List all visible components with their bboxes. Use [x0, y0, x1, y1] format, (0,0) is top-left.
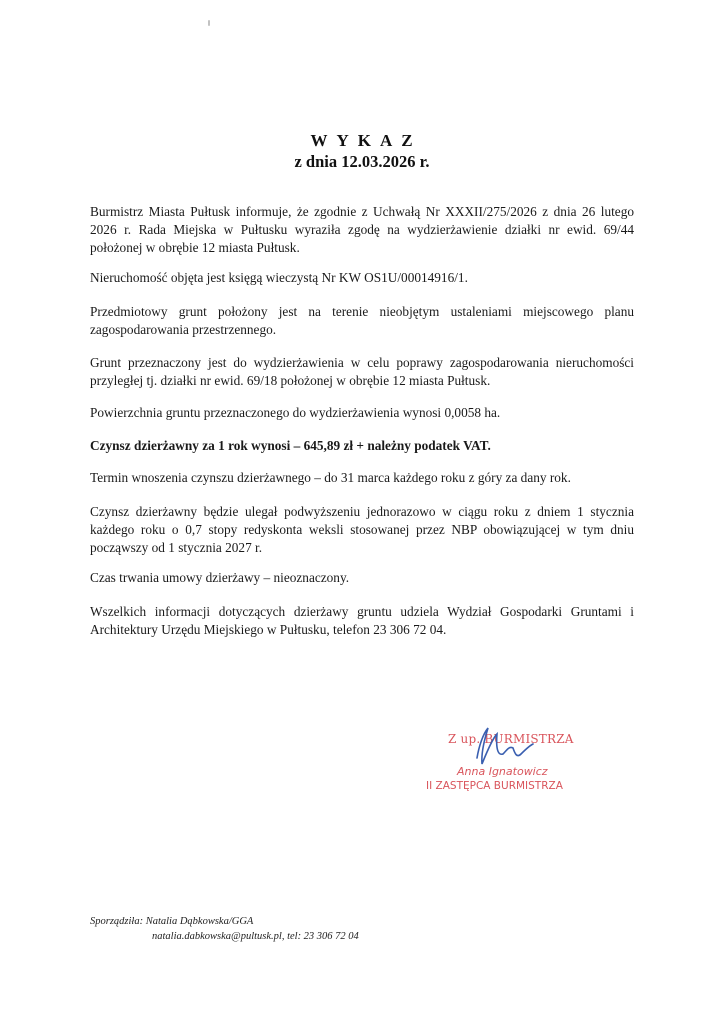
scan-speck	[208, 20, 210, 26]
paragraph-area: Powierzchnia gruntu przeznaczonego do wy…	[90, 404, 634, 422]
paragraph-lease-duration: Czas trwania umowy dzierżawy – nieoznacz…	[90, 569, 634, 587]
paragraph-payment-deadline: Termin wnoszenia czynszu dzierżawnego – …	[90, 469, 634, 487]
prepared-by: Sporządziła: Natalia Dąbkowska/GGA	[90, 914, 359, 929]
handwritten-signature	[455, 724, 575, 774]
document-page: WYKAZ z dnia 12.03.2026 r. Burmistrz Mia…	[0, 0, 724, 1024]
paragraph-rent-amount: Czynsz dzierżawny za 1 rok wynosi – 645,…	[90, 437, 634, 455]
document-footer: Sporządziła: Natalia Dąbkowska/GGA natal…	[90, 914, 359, 944]
paragraph-purpose: Grunt przeznaczony jest do wydzierżawien…	[90, 354, 634, 390]
document-date: z dnia 12.03.2026 r.	[0, 152, 724, 172]
paragraph-zoning-plan: Przedmiotowy grunt położony jest na tere…	[90, 303, 634, 339]
stamp-signatory-role: II ZASTĘPCA BURMISTRZA	[426, 780, 563, 792]
document-title: WYKAZ	[0, 131, 724, 151]
paragraph-resolution: Burmistrz Miasta Pułtusk informuje, że z…	[90, 203, 634, 257]
paragraph-contact-info: Wszelkich informacji dotyczących dzierża…	[90, 603, 634, 639]
preparer-contact: natalia.dabkowska@pultusk.pl, tel: 23 30…	[90, 929, 359, 944]
paragraph-rent-increase: Czynsz dzierżawny będzie ulegał podwyższ…	[90, 503, 634, 557]
paragraph-land-register: Nieruchomość objęta jest księgą wieczyst…	[90, 269, 634, 287]
